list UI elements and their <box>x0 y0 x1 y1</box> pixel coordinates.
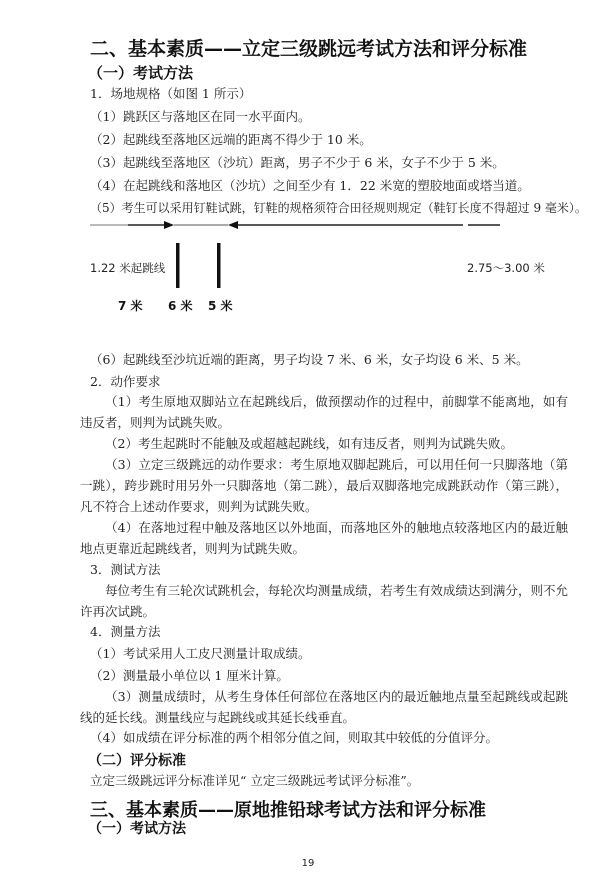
item-3-title: 3．测试方法 <box>90 562 160 578</box>
item-2-para-4: （4）在落地过程中触及落地区以外地面，而落地区外的触地点较落地区内的最近触地点更… <box>80 517 568 559</box>
item-4-para-2: （2）测量最小单位以 1 厘米计算。 <box>90 668 289 684</box>
field-diagram: 1.22 米起跳线 2.75～3.00 米 7 米 6 米 5 米 <box>88 215 568 325</box>
item-4-para-1: （1）考试采用人工皮尺测量计取成绩。 <box>90 646 310 662</box>
item-2-para-2: （2）考生起跳时不能触及或超越起跳线，如有违反者，则判为试跳失败。 <box>80 433 568 454</box>
section-2-subheading-exam-method: （一）考试方法 <box>88 62 193 83</box>
section-2-subheading-scoring: （二）评分标准 <box>88 750 186 770</box>
item-4-title: 4．测量方法 <box>90 624 160 640</box>
distance-label-7m: 7 米 <box>118 297 143 314</box>
distance-label-5m: 5 米 <box>208 297 233 314</box>
item-4-para-3: （3）测量成绩时，从考生身体任何部位在落地区内的最近触地点量至起跳线或起跳线的延… <box>80 686 568 728</box>
item-1-line-5: （5）考生可以采用钉鞋试跳，钉鞋的规格须符合田径规则规定（鞋钉长度不得超过 9 … <box>90 200 587 216</box>
item-3-para: 每位考生有三轮次试跳机会，每轮次均测量成绩，若考生有效成绩达到满分，则不允许再次… <box>80 580 568 622</box>
item-1-line-1: （1）跳跃区与落地区在同一水平面内。 <box>90 109 310 125</box>
width-range-label: 2.75～3.00 米 <box>467 260 545 276</box>
item-1-line-3: （3）起跳线至落地区（沙坑）距离，男子不少于 6 米，女子不少于 5 米。 <box>90 155 505 171</box>
item-2-title: 2．动作要求 <box>90 374 160 390</box>
page-number: 19 <box>0 858 616 869</box>
distance-label-6m: 6 米 <box>168 297 193 314</box>
takeoff-line-label: 1.22 米起跳线 <box>90 260 165 276</box>
section-3-subheading-exam-method: （一）考试方法 <box>88 818 186 838</box>
item-2-para-1: （1）考生原地双脚站立在起跳线后，做预摆动作的过程中，前脚掌不能离地，如有违反者… <box>80 391 568 433</box>
document-page: 二、基本素质——立定三级跳远考试方法和评分标准 （一）考试方法 1．场地规格（如… <box>0 0 616 880</box>
scoring-reference: 立定三级跳远评分标准详见“ 立定三级跳远考试评分标准”。 <box>90 773 419 789</box>
item-2-para-3: （3）立定三级跳远的动作要求：考生原地双脚起跳后，可以用任何一只脚落地（第一跳）… <box>80 454 568 517</box>
item-1-line-4: （4）在起跳线和落地区（沙坑）之间至少有 1．22 米宽的塑胶地面或塔当道。 <box>90 178 530 194</box>
item-1-line-6: （6）起跳线至沙坑近端的距离，男子均设 7 米、6 米，女子均设 6 米、5 米… <box>90 352 529 368</box>
item-1-title: 1．场地规格（如图 1 所示） <box>90 86 251 102</box>
item-1-line-2: （2）起跳线至落地区远端的距离不得少于 10 米。 <box>90 132 372 148</box>
item-4-para-4: （4）如成绩在评分标准的两个相邻分值之间，则取其中较低的分值评分。 <box>90 730 498 746</box>
section-2-title: 二、基本素质——立定三级跳远考试方法和评分标准 <box>90 34 527 61</box>
